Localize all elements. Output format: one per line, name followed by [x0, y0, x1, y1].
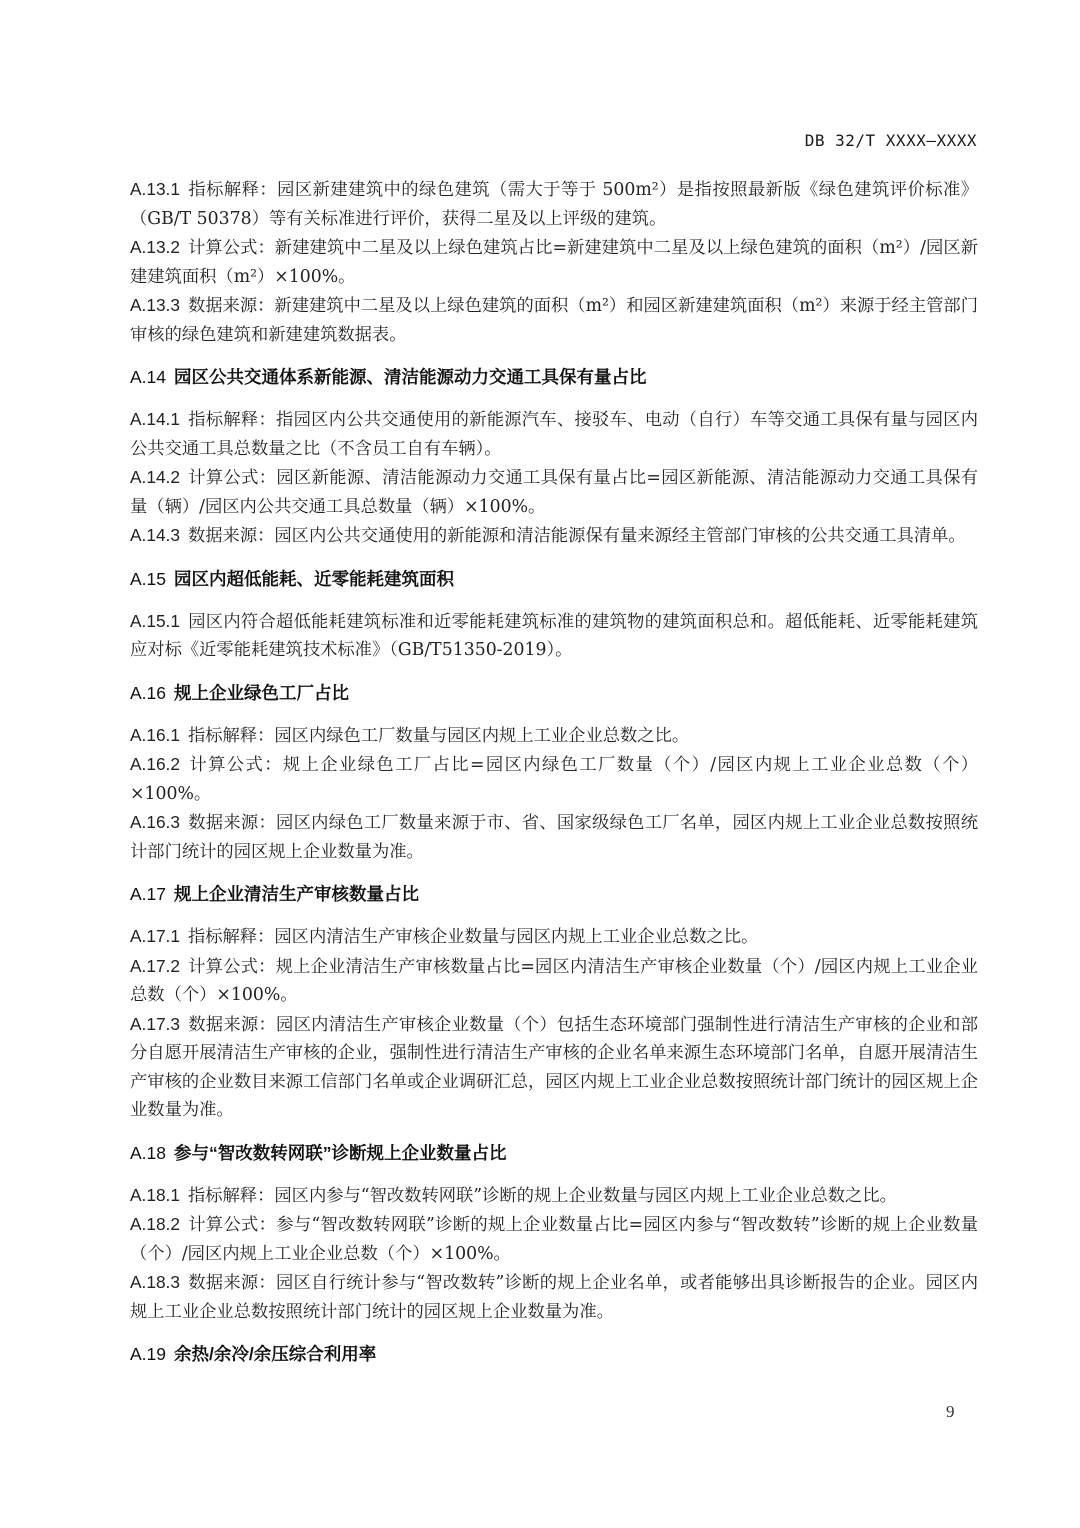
clause-text: 计算公式：新建建筑中二星及以上绿色建筑占比=新建建筑中二星及以上绿色建筑的面积（…	[130, 238, 978, 287]
clause-number: A.18.3	[130, 1272, 180, 1292]
clause-text: 计算公式：规上企业清洁生产审核数量占比=园区内清洁生产审核企业数量（个）/园区内…	[130, 957, 978, 1006]
section-a14: A.14园区公共交通体系新能源、清洁能源动力交通工具保有量占比 A.14.1指标…	[130, 363, 978, 551]
clause-a13-2: A.13.2计算公式：新建建筑中二星及以上绿色建筑占比=新建建筑中二星及以上绿色…	[130, 233, 978, 291]
clause-a14-1: A.14.1指标解释：指园区内公共交通使用的新能源汽车、接驳车、电动（自行）车等…	[130, 405, 978, 463]
clause-number: A.16.2	[130, 754, 180, 774]
clause-text: 数据来源：园区内公共交通使用的新能源和清洁能源保有量来源经主管部门审核的公共交通…	[188, 526, 966, 546]
clause-a17-1: A.17.1指标解释：园区内清洁生产审核企业数量与园区内规上工业企业总数之比。	[130, 922, 978, 952]
clause-number: A.13.3	[130, 295, 180, 315]
clause-text: 数据来源：新建建筑中二星及以上绿色建筑的面积（m²）和园区新建建筑面积（m²）来…	[130, 296, 978, 345]
clause-a18-3: A.18.3数据来源：园区自行统计参与“智改数转”诊断的规上企业名单，或者能够出…	[130, 1268, 978, 1326]
clause-number: A.17.1	[130, 926, 180, 946]
section-number: A.17	[130, 884, 166, 904]
section-heading: A.16规上企业绿色工厂占比	[130, 679, 978, 707]
clause-text: 计算公式：园区新能源、清洁能源动力交通工具保有量占比=园区新能源、清洁能源动力交…	[130, 468, 978, 517]
clause-a13-1: A.13.1指标解释：园区新建建筑中的绿色建筑（需大于等于 500m²）是指按照…	[130, 175, 978, 233]
section-title: 参与“智改数转网联”诊断规上企业数量占比	[174, 1143, 507, 1163]
document-page: DB 32/T XXXX—XXXX A.13.1指标解释：园区新建建筑中的绿色建…	[0, 0, 1080, 1528]
clause-text: 指标解释：园区内绿色工厂数量与园区内规上工业企业总数之比。	[188, 726, 689, 746]
clause-text: 指标解释：指园区内公共交通使用的新能源汽车、接驳车、电动（自行）车等交通工具保有…	[130, 410, 978, 459]
document-code: DB 32/T XXXX—XXXX	[805, 131, 977, 150]
section-number: A.18	[130, 1143, 166, 1163]
clause-a14-2: A.14.2计算公式：园区新能源、清洁能源动力交通工具保有量占比=园区新能源、清…	[130, 463, 978, 521]
section-title: 规上企业绿色工厂占比	[174, 683, 349, 703]
clause-number: A.16.3	[130, 812, 180, 832]
clause-a16-1: A.16.1指标解释：园区内绿色工厂数量与园区内规上工业企业总数之比。	[130, 721, 978, 751]
section-heading: A.18参与“智改数转网联”诊断规上企业数量占比	[130, 1139, 978, 1167]
section-title: 规上企业清洁生产审核数量占比	[174, 884, 419, 904]
clause-number: A.13.2	[130, 237, 180, 257]
section-heading: A.14园区公共交通体系新能源、清洁能源动力交通工具保有量占比	[130, 363, 978, 391]
section-title: 园区内超低能耗、近零能耗建筑面积	[174, 569, 454, 589]
section-number: A.15	[130, 569, 166, 589]
clause-a16-3: A.16.3数据来源：园区内绿色工厂数量来源于市、省、国家级绿色工厂名单，园区内…	[130, 808, 978, 866]
clause-text: 数据来源：园区内清洁生产审核企业数量（个）包括生态环境部门强制性进行清洁生产审核…	[130, 1015, 978, 1121]
clause-a17-2: A.17.2计算公式：规上企业清洁生产审核数量占比=园区内清洁生产审核企业数量（…	[130, 952, 978, 1010]
section-a17: A.17规上企业清洁生产审核数量占比 A.17.1指标解释：园区内清洁生产审核企…	[130, 880, 978, 1125]
section-heading: A.19余热/余冷/余压综合利用率	[130, 1340, 978, 1368]
clause-text: 计算公式：参与“智改数转网联”诊断的规上企业数量占比=园区内参与“智改数转”诊断…	[130, 1215, 978, 1264]
section-heading: A.15园区内超低能耗、近零能耗建筑面积	[130, 565, 978, 593]
clause-number: A.16.1	[130, 725, 180, 745]
clause-a14-3: A.14.3数据来源：园区内公共交通使用的新能源和清洁能源保有量来源经主管部门审…	[130, 521, 978, 551]
clause-number: A.14.3	[130, 525, 180, 545]
section-a13: A.13.1指标解释：园区新建建筑中的绿色建筑（需大于等于 500m²）是指按照…	[130, 175, 978, 349]
clause-number: A.14.1	[130, 409, 180, 429]
clause-number: A.15.1	[130, 611, 180, 631]
clause-number: A.18.1	[130, 1185, 180, 1205]
clause-text: 计算公式：规上企业绿色工厂占比=园区内绿色工厂数量（个）/园区内规上工业企业总数…	[130, 755, 978, 804]
clause-text: 指标解释：园区新建建筑中的绿色建筑（需大于等于 500m²）是指按照最新版《绿色…	[130, 180, 978, 229]
document-body: A.13.1指标解释：园区新建建筑中的绿色建筑（需大于等于 500m²）是指按照…	[130, 175, 978, 1382]
clause-a13-3: A.13.3数据来源：新建建筑中二星及以上绿色建筑的面积（m²）和园区新建建筑面…	[130, 291, 978, 349]
clause-a16-2: A.16.2计算公式：规上企业绿色工厂占比=园区内绿色工厂数量（个）/园区内规上…	[130, 750, 978, 808]
clause-text: 园区内符合超低能耗建筑标准和近零能耗建筑标准的建筑物的建筑面积总和。超低能耗、近…	[130, 612, 978, 661]
section-a16: A.16规上企业绿色工厂占比 A.16.1指标解释：园区内绿色工厂数量与园区内规…	[130, 679, 978, 867]
section-number: A.19	[130, 1344, 166, 1364]
section-title: 余热/余冷/余压综合利用率	[174, 1344, 376, 1364]
clause-text: 指标解释：园区内清洁生产审核企业数量与园区内规上工业企业总数之比。	[188, 927, 758, 947]
clause-text: 数据来源：园区自行统计参与“智改数转”诊断的规上企业名单，或者能够出具诊断报告的…	[130, 1273, 978, 1322]
clause-a15-1: A.15.1园区内符合超低能耗建筑标准和近零能耗建筑标准的建筑物的建筑面积总和。…	[130, 607, 978, 665]
clause-number: A.18.2	[130, 1214, 180, 1234]
clause-a18-1: A.18.1指标解释：园区内参与“智改数转网联”诊断的规上企业数量与园区内规上工…	[130, 1181, 978, 1211]
section-number: A.16	[130, 683, 166, 703]
clause-text: 数据来源：园区内绿色工厂数量来源于市、省、国家级绿色工厂名单，园区内规上工业企业…	[130, 813, 978, 862]
section-a19: A.19余热/余冷/余压综合利用率	[130, 1340, 978, 1368]
section-title: 园区公共交通体系新能源、清洁能源动力交通工具保有量占比	[174, 367, 647, 387]
clause-a17-3: A.17.3数据来源：园区内清洁生产审核企业数量（个）包括生态环境部门强制性进行…	[130, 1010, 978, 1125]
clause-number: A.13.1	[130, 179, 180, 199]
clause-number: A.17.2	[130, 956, 180, 976]
section-heading: A.17规上企业清洁生产审核数量占比	[130, 880, 978, 908]
section-a15: A.15园区内超低能耗、近零能耗建筑面积 A.15.1园区内符合超低能耗建筑标准…	[130, 565, 978, 665]
clause-a18-2: A.18.2计算公式：参与“智改数转网联”诊断的规上企业数量占比=园区内参与“智…	[130, 1210, 978, 1268]
clause-number: A.14.2	[130, 467, 180, 487]
page-number: 9	[946, 1402, 955, 1422]
section-number: A.14	[130, 367, 166, 387]
section-a18: A.18参与“智改数转网联”诊断规上企业数量占比 A.18.1指标解释：园区内参…	[130, 1139, 978, 1327]
clause-number: A.17.3	[130, 1014, 180, 1034]
clause-text: 指标解释：园区内参与“智改数转网联”诊断的规上企业数量与园区内规上工业企业总数之…	[188, 1186, 897, 1206]
